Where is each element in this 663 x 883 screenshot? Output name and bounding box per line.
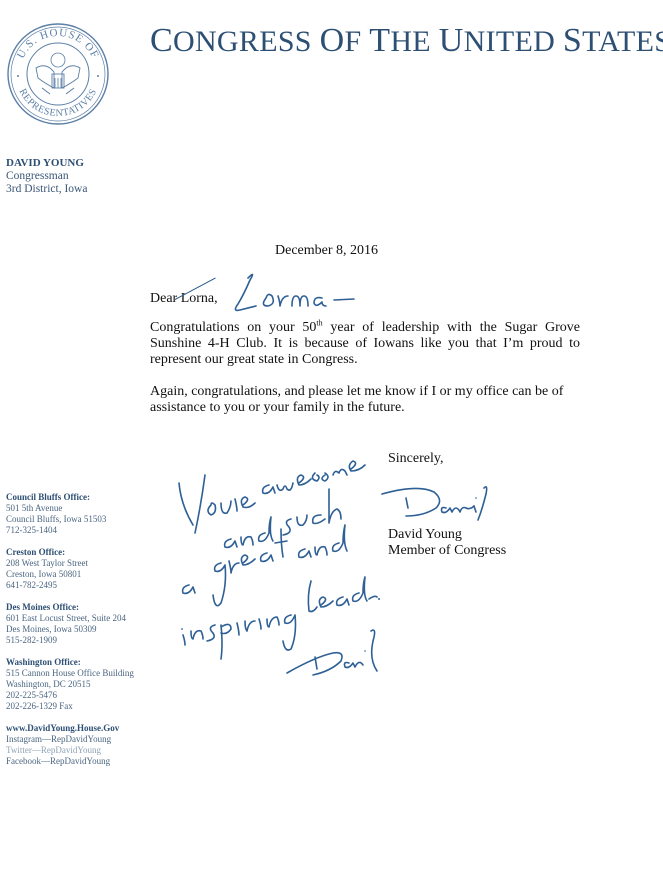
letter-body: Congratulations on your 50th year of lea… xyxy=(150,320,580,432)
masthead-title: CONGRESS OF THE UNITED STATES xyxy=(150,22,663,60)
facebook-handle: Facebook—RepDavidYoung xyxy=(6,756,134,767)
office-des-moines: Des Moines Office: 601 East Locust Stree… xyxy=(6,602,134,646)
svg-text:U.S. HOUSE OF: U.S. HOUSE OF xyxy=(15,27,101,61)
letter-date: December 8, 2016 xyxy=(275,243,378,259)
signature xyxy=(378,480,508,522)
salutation: Dear Lorna, xyxy=(150,291,218,307)
house-seal-logo: U.S. HOUSE OF REPRESENTATIVES xyxy=(6,22,110,126)
rep-title: Congressman xyxy=(6,170,87,183)
offices-sidebar: Council Bluffs Office: 501 5th Avenue Co… xyxy=(6,492,134,767)
social-links: www.DavidYoung.House.Gov Instagram—RepDa… xyxy=(6,723,134,767)
signer-block: David Young Member of Congress xyxy=(388,527,506,559)
office-creston: Creston Office: 208 West Taylor Street C… xyxy=(6,547,134,591)
paragraph-1: Congratulations on your 50th year of lea… xyxy=(150,320,580,368)
website-link: www.DavidYoung.House.Gov xyxy=(6,723,134,734)
paragraph-2: Again, congratulations, and please let m… xyxy=(150,384,580,416)
office-council-bluffs: Council Bluffs Office: 501 5th Avenue Co… xyxy=(6,492,134,536)
twitter-handle: Twitter—RepDavidYoung xyxy=(6,745,134,756)
handwritten-note: You're awesome and such a great and insp… xyxy=(165,445,380,680)
rep-district: 3rd District, Iowa xyxy=(6,183,87,196)
closing: Sincerely, xyxy=(388,451,443,467)
handwritten-name-lorna xyxy=(226,268,366,318)
representative-block: DAVID YOUNG Congressman 3rd District, Io… xyxy=(6,157,87,196)
signer-name: David Young xyxy=(388,527,506,543)
struck-name: Lorna xyxy=(181,291,214,306)
instagram-handle: Instagram—RepDavidYoung xyxy=(6,734,134,745)
signer-title: Member of Congress xyxy=(388,543,506,559)
office-washington: Washington Office: 515 Cannon House Offi… xyxy=(6,657,134,712)
rep-name: DAVID YOUNG xyxy=(6,157,87,170)
